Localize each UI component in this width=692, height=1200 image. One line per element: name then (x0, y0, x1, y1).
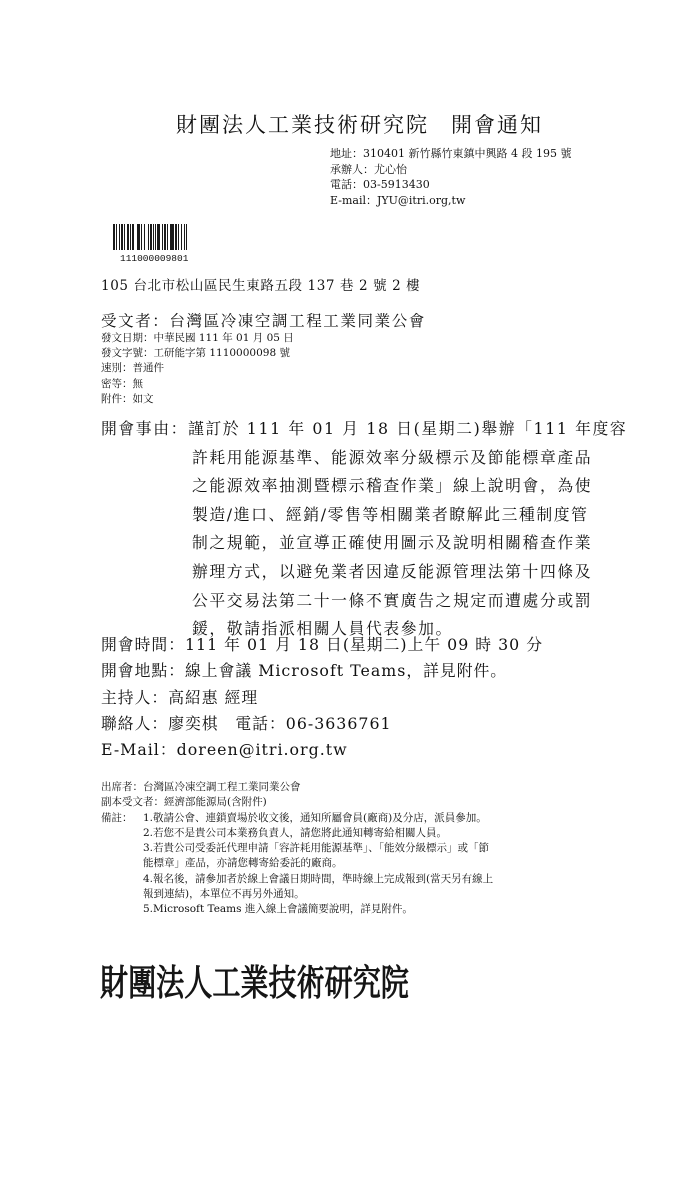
attendees: 出席者：台灣區冷凍空調工程工業同業公會 (101, 780, 493, 795)
subject-line: 開會事由：謹訂於 111 年 01 月 18 日(星期二)舉辦「111 年度容 (101, 415, 627, 444)
subject-line: 之能源效率抽測暨標示稽查作業」線上說明會，為使 (101, 472, 627, 501)
subject-line: 公平交易法第二十一條不實廣告之規定而遭處分或罰 (101, 587, 627, 616)
carbon-copy: 副本受文者：經濟部能源局(含附件) (101, 795, 493, 810)
document-title: 財團法人工業技術研究院開會通知 (176, 112, 543, 138)
note-item: 5.Microsoft Teams 進入線上會議簡要說明，詳見附件。 (101, 902, 493, 917)
sender-address: 地址：310401 新竹縣竹東鎮中興路 4 段 195 號 (330, 146, 571, 162)
organization-name: 財團法人工業技術研究院 (176, 113, 429, 137)
subject-line: 製造/進口、經銷/零售等相關業者瞭解此三種制度管 (101, 501, 627, 530)
issue-number: 發文字號：工研能字第 1110000098 號 (101, 346, 294, 361)
note-row: 備註： 1.敬請公會、連鎖賣場於收文後，通知所屬會員(廠商)及分店，派員參加。 (101, 811, 493, 826)
delivery-type: 速別：普通件 (101, 361, 294, 376)
notes-label: 備註： (101, 811, 133, 826)
meeting-location: 開會地點：線上會議 Microsoft Teams，詳見附件。 (101, 658, 543, 684)
classification: 密等：無 (101, 377, 294, 392)
subject-line: 辦理方式，以避免業者因違反能源管理法第十四條及 (101, 558, 627, 587)
document-meta: 發文日期：中華民國 111 年 01 月 05 日 發文字號：工研能字第 111… (101, 331, 294, 407)
barcode-icon (113, 224, 209, 250)
subject-line: 制之規範，並宣導正確使用圖示及說明相關稽查作業 (101, 529, 627, 558)
note-item-continuation: 能標章」產品，亦請您轉寄給委託的廠商。 (101, 856, 493, 871)
issue-date: 發文日期：中華民國 111 年 01 月 05 日 (101, 331, 294, 346)
note-item: 4.報名後，請參加者於線上會議日期時間，準時線上完成報到(當天另有線上 (101, 872, 493, 887)
note-item: 2.若您不是貴公司本業務負責人，請您將此通知轉寄給相關人員。 (101, 826, 493, 841)
contact-email: E-Mail：doreen@itri.org.tw (101, 737, 543, 763)
meeting-details: 開會時間：111 年 01 月 18 日(星期二)上午 09 時 30 分 開會… (101, 632, 543, 763)
attachment: 附件：如文 (101, 392, 294, 407)
barcode-number: 111000009801 (120, 253, 188, 264)
recipient-address: 105 台北市松山區民生東路五段 137 巷 2 號 2 樓 (101, 274, 420, 294)
footer-notes: 出席者：台灣區冷凍空調工程工業同業公會 副本受文者：經濟部能源局(含附件) 備註… (101, 780, 493, 918)
note-item: 3.若貴公司受委託代理申請「容許耗用能源基準」、「能效分級標示」或「節 (101, 841, 493, 856)
sender-email: E-mail：JYU@itri.org,tw (330, 193, 571, 209)
meeting-contact: 聯絡人：廖奕棋 電話：06-3636761 (101, 711, 543, 737)
note-item-continuation: 報到連結)，本單位不再另外通知。 (101, 887, 493, 902)
subject-line: 許耗用能源基準、能源效率分級標示及節能標章產品 (101, 444, 627, 473)
organization-seal: 財團法人工業技術研究院 (100, 955, 409, 1006)
note-item: 1.敬請公會、連鎖賣場於收文後，通知所屬會員(廠商)及分店，派員參加。 (101, 811, 493, 826)
meeting-time: 開會時間：111 年 01 月 18 日(星期二)上午 09 時 30 分 (101, 632, 543, 658)
meeting-host: 主持人：高紹惠 經理 (101, 685, 543, 711)
document-type: 開會通知 (451, 113, 543, 137)
sender-phone: 電話：03-5913430 (330, 177, 571, 193)
sender-handler: 承辦人：尤心怡 (330, 162, 571, 178)
sender-info: 地址：310401 新竹縣竹東鎮中興路 4 段 195 號 承辦人：尤心怡 電話… (330, 146, 571, 208)
recipient: 受文者：台灣區冷凍空調工程工業同業公會 (101, 309, 426, 331)
